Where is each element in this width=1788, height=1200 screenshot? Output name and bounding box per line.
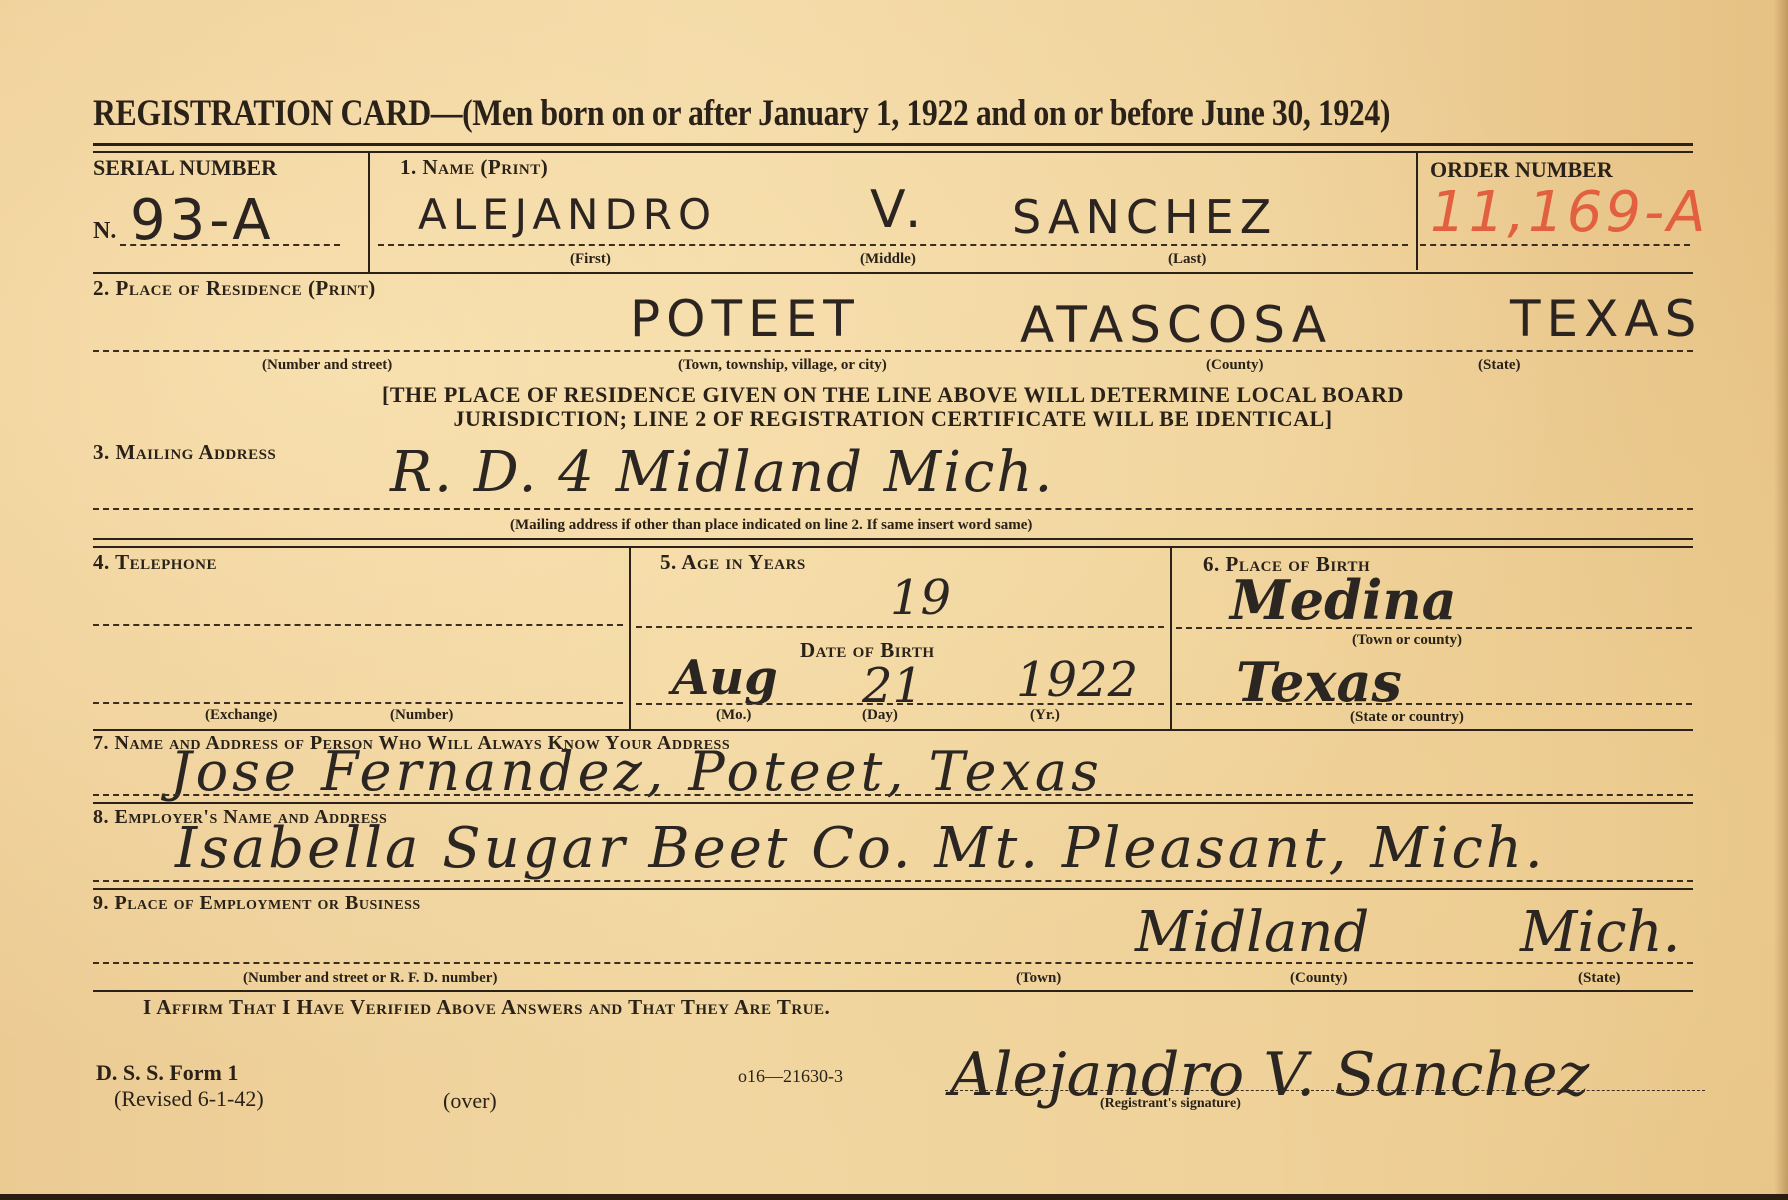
dob-day-value: 21: [862, 658, 923, 714]
telephone-divider: [629, 548, 631, 730]
title-rule-2: [93, 151, 1693, 153]
card-edge-shadow: [1774, 0, 1788, 1200]
age-value: 19: [890, 570, 951, 626]
dob-month-caption: (Mo.): [716, 707, 751, 724]
title-rule-1: [93, 143, 1693, 146]
employment-street-caption: (Number and street or R. F. D. number): [243, 970, 497, 987]
mailing-rule-1: [93, 538, 1693, 540]
dob-year-caption: (Yr.): [1030, 707, 1060, 724]
birth-state-caption: (State or country): [1350, 709, 1464, 726]
first-name-value: ALEJANDRO: [418, 190, 717, 239]
dob-line: [636, 703, 1164, 705]
telephone-line-2: [93, 702, 623, 704]
name-first-caption: (First): [570, 251, 611, 268]
registrant-signature: Alejandro V. Sanchez: [950, 1040, 1589, 1110]
print-code: o16—21630-3: [738, 1066, 843, 1087]
birth-state-line: [1176, 703, 1692, 705]
middle-name-value: V.: [870, 180, 927, 240]
mailing-rule-2: [93, 546, 1693, 548]
telephone-exchange-caption: (Exchange): [205, 707, 278, 724]
order-number-value: 11,169-A: [1430, 180, 1708, 245]
employment-state-value: Mich.: [1520, 900, 1680, 965]
residence-county-caption: (County): [1206, 357, 1264, 374]
telephone-number-caption: (Number): [390, 707, 453, 724]
telephone-line-1: [93, 624, 623, 626]
serial-divider: [368, 152, 370, 272]
contact-line: [93, 794, 1693, 796]
jurisdiction-notice-line1: [THE PLACE OF RESIDENCE GIVEN ON THE LIN…: [93, 382, 1693, 408]
over-note: (over): [443, 1088, 497, 1114]
employer-line: [93, 880, 1693, 882]
form-revised: (Revised 6-1-42): [114, 1086, 264, 1112]
row4-bottom-rule: [93, 729, 1693, 731]
card-bottom-edge: [0, 1194, 1788, 1200]
dob-day-caption: (Day): [862, 707, 898, 724]
name-last-caption: (Last): [1168, 251, 1206, 268]
residence-county-value: ATASCOSA: [1020, 296, 1332, 354]
age-divider: [1170, 548, 1172, 730]
residence-state-caption: (State): [1478, 357, 1520, 374]
employment-town-caption: (Town): [1016, 970, 1061, 987]
jurisdiction-notice-line2: JURISDICTION; LINE 2 OF REGISTRATION CER…: [93, 406, 1693, 432]
employment-town-value: Midland: [1135, 900, 1369, 965]
row7-bottom-rule: [93, 802, 1693, 804]
row8-bottom-rule: [93, 888, 1693, 890]
name-line: [378, 244, 1408, 246]
card-title: REGISTRATION CARD—(Men born on or after …: [93, 92, 1390, 135]
employment-place-label: 9. Place of Employment or Business: [93, 892, 421, 915]
birth-town-line: [1176, 627, 1692, 629]
name-middle-caption: (Middle): [860, 251, 916, 268]
mailing-line: [93, 508, 1693, 510]
order-divider: [1416, 152, 1418, 270]
dob-year-value: 1922: [1016, 652, 1138, 708]
employment-state-caption: (State): [1578, 970, 1620, 987]
serial-number-label: SERIAL NUMBER: [93, 155, 277, 181]
serial-prefix: N.: [93, 218, 116, 245]
dob-month-value: Aug: [672, 650, 778, 706]
mailing-note: (Mailing address if other than place ind…: [510, 517, 1032, 534]
mailing-address-label: 3. Mailing Address: [93, 440, 276, 465]
birth-town-value: Medina: [1230, 568, 1457, 632]
mailing-address-value: R. D. 4 Midland Mich.: [390, 440, 1054, 505]
form-id: D. S. S. Form 1: [96, 1060, 238, 1086]
telephone-label: 4. Telephone: [93, 550, 217, 575]
affirmation-text: I Affirm That I Have Verified Above Answ…: [143, 995, 830, 1020]
order-line: [1420, 244, 1690, 246]
residence-street-caption: (Number and street): [262, 357, 392, 374]
signature-line: [945, 1090, 1705, 1091]
row1-bottom-rule: [93, 272, 1693, 274]
residence-town-caption: (Town, township, village, or city): [678, 357, 887, 374]
employment-line: [93, 962, 1693, 964]
name-label: 1. Name (Print): [400, 155, 548, 180]
employer-value: Isabella Sugar Beet Co. Mt. Pleasant, Mi…: [175, 816, 1546, 881]
residence-state-value: TEXAS: [1510, 290, 1702, 348]
last-name-value: SANCHEZ: [1012, 190, 1277, 244]
residence-town-value: POTEET: [630, 290, 860, 348]
age-label: 5. Age in Years: [660, 550, 806, 575]
residence-line: [93, 350, 1693, 352]
signature-caption: (Registrant's signature): [1100, 1096, 1241, 1112]
serial-line: [120, 244, 340, 246]
age-line: [636, 626, 1164, 628]
residence-label: 2. Place of Residence (Print): [93, 276, 376, 301]
birth-town-caption: (Town or county): [1352, 632, 1462, 649]
registration-card: REGISTRATION CARD—(Men born on or after …: [0, 0, 1788, 1200]
employment-county-caption: (County): [1290, 970, 1348, 987]
row9-bottom-rule: [93, 990, 1693, 992]
